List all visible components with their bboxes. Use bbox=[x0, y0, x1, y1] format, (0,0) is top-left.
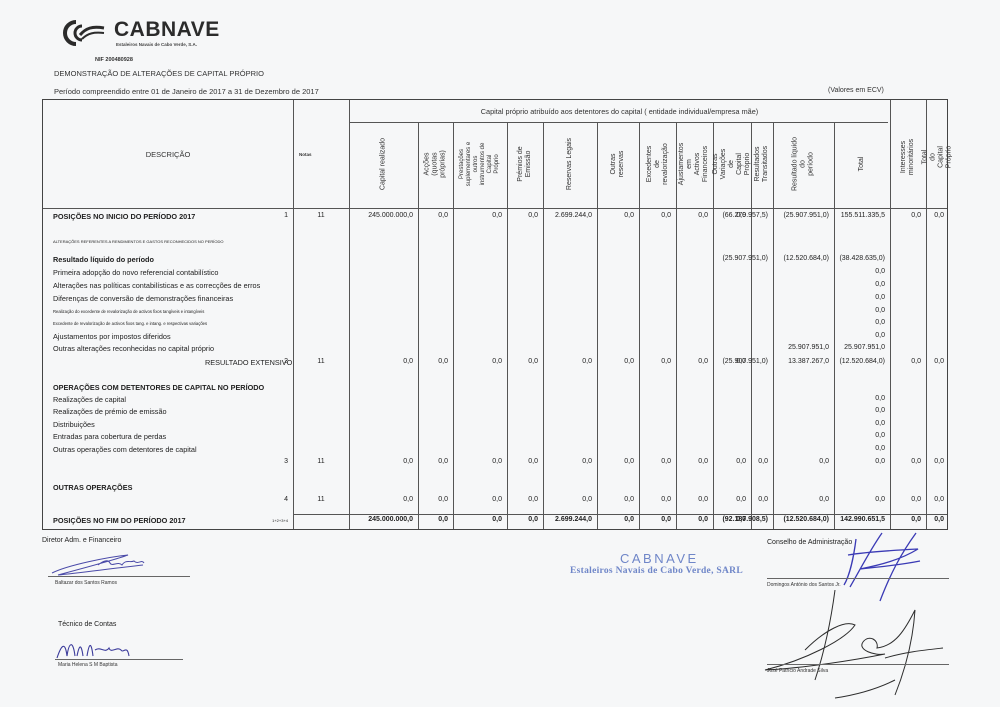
director-name: Baltazar dos Santos Ramos bbox=[55, 580, 117, 586]
table-cell: 25.907.951,0 bbox=[788, 344, 829, 351]
table-cell: 0,0 bbox=[661, 358, 671, 365]
row-label: Outras alterações reconhecidas no capita… bbox=[53, 344, 214, 353]
accountant-title: Técnico de Contas bbox=[58, 621, 116, 628]
row-label: POSIÇÕES NO FIM DO PERÍODO 2017 bbox=[53, 516, 186, 525]
table-cell: 0,0 bbox=[582, 358, 592, 365]
director-title: Diretor Adm. e Financeiro bbox=[42, 537, 121, 544]
table-cell: 0,0 bbox=[934, 458, 944, 465]
table-cell: 0,0 bbox=[582, 458, 592, 465]
row-reference: 4 bbox=[284, 496, 288, 503]
table-cell: 0,0 bbox=[875, 395, 885, 402]
table-cell: 0,0 bbox=[492, 358, 502, 365]
table-cell: 2.699.244,0 bbox=[555, 516, 592, 523]
column-header: Prémios de Emissão bbox=[507, 122, 543, 206]
company-stamp-name: CABNAVE bbox=[620, 551, 699, 566]
table-cell: 0,0 bbox=[875, 268, 885, 275]
row-note: 11 bbox=[293, 458, 349, 465]
row-label: Alterações nas políticas contabilísticas… bbox=[53, 281, 260, 290]
table-cell: 142.990.651,5 bbox=[840, 516, 885, 523]
table-cell: 0,0 bbox=[875, 445, 885, 452]
table-cell: 0,0 bbox=[624, 458, 634, 465]
column-header-label: Prestações suplementares e outros instru… bbox=[459, 137, 501, 191]
group-header: Capital próprio atribuído aos detentores… bbox=[349, 107, 890, 116]
table-cell: 0,0 bbox=[911, 458, 921, 465]
row-note: 11 bbox=[293, 358, 349, 365]
table-cell: 0,0 bbox=[661, 458, 671, 465]
table-cell: 0,0 bbox=[492, 212, 502, 219]
row-label: Entradas para cobertura de perdas bbox=[53, 432, 166, 441]
table-cell: 0,0 bbox=[875, 432, 885, 439]
table-cell: 25.907.951,0 bbox=[844, 344, 885, 351]
table-cell: 0,0 bbox=[661, 496, 671, 503]
table-cell: 0,0 bbox=[819, 458, 829, 465]
column-header-label: Total do Capital Próprio bbox=[922, 146, 954, 169]
row-label: Outras operações com detentores de capit… bbox=[53, 445, 197, 454]
table-cell: 0,0 bbox=[875, 332, 885, 339]
table-cell: 0,0 bbox=[528, 496, 538, 503]
column-header-label: Prémios de Emissão bbox=[517, 146, 533, 182]
table-cell: 0,0 bbox=[875, 294, 885, 301]
table-cell: 0,0 bbox=[403, 358, 413, 365]
company-logo: CABNAVE Estaleiros Navais de Cabo Verde,… bbox=[62, 18, 222, 48]
row-reference: 2 bbox=[284, 358, 288, 365]
table-cell: (66.279.957,5) bbox=[722, 212, 768, 219]
table-cell: 0,0 bbox=[492, 516, 502, 523]
table-cell: 0,0 bbox=[819, 496, 829, 503]
notes-header: Notas bbox=[299, 152, 312, 157]
table-cell: 0,0 bbox=[492, 458, 502, 465]
row-label: Diferenças de conversão de demonstrações… bbox=[53, 294, 233, 303]
table-cell: 0,0 bbox=[624, 212, 634, 219]
row-note: 11 bbox=[293, 496, 349, 503]
row-label: Primeira adopção do novo referencial con… bbox=[53, 268, 219, 277]
table-cell: 0,0 bbox=[624, 358, 634, 365]
column-header-label: Reservas Legais bbox=[566, 137, 574, 191]
table-cell: 0,0 bbox=[875, 407, 885, 414]
table-cell: 0,0 bbox=[934, 516, 944, 523]
company-name: CABNAVE bbox=[114, 18, 220, 42]
accountant-signature-line bbox=[55, 659, 183, 660]
table-cell: 0,0 bbox=[492, 496, 502, 503]
table-cell: 0,0 bbox=[934, 358, 944, 365]
column-header-label: Ajustamentos em Activos Financeiros bbox=[679, 143, 711, 185]
table-cell: 0,0 bbox=[698, 516, 708, 523]
row-label: Ajustamentos por impostos diferidos bbox=[53, 332, 171, 341]
table-cell: 0,0 bbox=[875, 496, 885, 503]
director-signature-line bbox=[48, 576, 190, 577]
row-reference: 3 bbox=[284, 458, 288, 465]
table-cell: 13.387.267,0 bbox=[788, 358, 829, 365]
company-nif: NIF 200480928 bbox=[95, 57, 133, 63]
column-header-label: Excedentes de revalorização bbox=[646, 143, 670, 185]
table-cell: (92.187.908,5) bbox=[722, 516, 768, 523]
row-label: Resultado líquido do período bbox=[53, 255, 154, 264]
table-cell: 0,0 bbox=[875, 458, 885, 465]
board-signature-2 bbox=[745, 590, 945, 700]
table-cell: 0,0 bbox=[758, 496, 768, 503]
table-cell: 0,0 bbox=[438, 516, 448, 523]
column-header: Acções (quotas próprias) bbox=[418, 122, 453, 206]
table-cell: 0,0 bbox=[911, 358, 921, 365]
table-cell: 0,0 bbox=[624, 496, 634, 503]
column-header-label: Capital realizado bbox=[380, 130, 388, 199]
table-cell: 0,0 bbox=[875, 307, 885, 314]
row-label: Realizações de prémio de emissão bbox=[53, 407, 167, 416]
row-label: OUTRAS OPERAÇÕES bbox=[53, 483, 132, 492]
table-cell: 0,0 bbox=[736, 458, 746, 465]
table-cell: 0,0 bbox=[736, 496, 746, 503]
table-cell: (25.907.951,0) bbox=[722, 255, 768, 262]
row-reference: 1+2+3+4 bbox=[272, 518, 288, 523]
table-cell: (25.907.951,0) bbox=[783, 212, 829, 219]
table-cell: 155.511.335,5 bbox=[841, 212, 885, 219]
table-cell: (12.520.684,0) bbox=[839, 358, 885, 365]
column-header: Reservas Legais bbox=[543, 122, 597, 206]
board-signature-line-1 bbox=[767, 578, 949, 579]
table-cell: 0,0 bbox=[875, 281, 885, 288]
table-cell: 0,0 bbox=[934, 212, 944, 219]
table-cell: 0,0 bbox=[528, 516, 538, 523]
director-signature bbox=[48, 551, 158, 577]
accountant-name: Maria Helena S M Baptista bbox=[58, 662, 117, 668]
table-cell: 0,0 bbox=[911, 516, 921, 523]
values-unit: (Valores em ECV) bbox=[828, 87, 884, 94]
column-header-label: Resultado líquido do período bbox=[792, 134, 816, 195]
row-label: POSIÇÕES NO INICIO DO PERÍODO 2017 bbox=[53, 212, 195, 221]
column-header-label: Outras reservas bbox=[610, 143, 626, 185]
row-label: Distribuições bbox=[53, 420, 95, 429]
column-header: Total do Capital Próprio bbox=[926, 108, 949, 206]
equity-changes-table: DESCRIÇÃO Notas Capital próprio atribuíd… bbox=[42, 99, 948, 530]
row-label: Excedente de revalorização de activos fi… bbox=[53, 321, 207, 326]
table-cell: 0,0 bbox=[528, 358, 538, 365]
table-cell: 0,0 bbox=[758, 458, 768, 465]
table-cell: (25.907.951,0) bbox=[722, 358, 768, 365]
table-cell: 0,0 bbox=[624, 516, 634, 523]
column-header: Total bbox=[834, 122, 890, 206]
column-header: Resultado líquido do período bbox=[773, 122, 834, 206]
company-subtitle: Estaleiros Navais de Cabo Verde, S.A. bbox=[116, 42, 197, 47]
document-period: Período compreendido entre 01 de Janeiro… bbox=[54, 87, 319, 96]
row-label: RESULTADO EXTENSIVO bbox=[205, 358, 292, 367]
row-reference: 1 bbox=[284, 212, 288, 219]
table-cell: 0,0 bbox=[528, 458, 538, 465]
row-label: Realizações de capital bbox=[53, 395, 126, 404]
table-cell: 245.000.000,0 bbox=[368, 516, 413, 523]
table-cell: 0,0 bbox=[911, 212, 921, 219]
table-cell: (38.428.635,0) bbox=[839, 255, 885, 262]
company-stamp-subtitle: Estaleiros Navais de Cabo Verde, SARL bbox=[570, 566, 743, 576]
column-header-label: Outras Variações de Capital Próprio bbox=[712, 145, 752, 183]
accountant-signature bbox=[55, 636, 135, 660]
row-label: ALTERAÇÕES REFERENTES A RENDIMENTOS E GA… bbox=[53, 239, 223, 244]
table-cell: 0,0 bbox=[403, 496, 413, 503]
table-cell: 0,0 bbox=[438, 458, 448, 465]
column-header-label: Interesses minoritários bbox=[900, 139, 916, 175]
table-cell: 0,0 bbox=[661, 212, 671, 219]
table-cell: 245.000.000,0 bbox=[368, 212, 413, 219]
table-cell: (12.520.684,0) bbox=[783, 516, 829, 523]
column-header: Ajustamentos em Activos Financeiros bbox=[676, 122, 713, 206]
description-header: DESCRIÇÃO bbox=[43, 150, 293, 159]
table-cell: 0,0 bbox=[528, 212, 538, 219]
row-note: 11 bbox=[293, 212, 349, 219]
column-header: Outras reservas bbox=[597, 122, 639, 206]
table-cell: (12.520.684,0) bbox=[783, 255, 829, 262]
document-title: DEMONSTRAÇÃO DE ALTERAÇÕES DE CAPITAL PR… bbox=[54, 69, 264, 78]
table-cell: 0,0 bbox=[582, 496, 592, 503]
board-member-2-name: José Patrício Andrade Silva bbox=[767, 668, 828, 674]
column-header: Excedentes de revalorização bbox=[639, 122, 676, 206]
board-signature-line-2 bbox=[767, 664, 949, 665]
row-divider bbox=[293, 514, 947, 515]
table-cell: 0,0 bbox=[911, 496, 921, 503]
column-header: Capital realizado bbox=[349, 122, 418, 206]
column-header: Resultados Transitados bbox=[751, 122, 773, 206]
table-cell: 0,0 bbox=[438, 358, 448, 365]
row-divider bbox=[43, 208, 947, 209]
column-header-label: Total bbox=[858, 136, 866, 192]
cabnave-logo-icon bbox=[62, 20, 106, 46]
table-cell: 0,0 bbox=[698, 458, 708, 465]
table-cell: 0,0 bbox=[403, 458, 413, 465]
table-cell: 0,0 bbox=[698, 358, 708, 365]
table-cell: 0,0 bbox=[438, 496, 448, 503]
column-header: Outras Variações de Capital Próprio bbox=[713, 122, 751, 206]
table-cell: 0,0 bbox=[698, 212, 708, 219]
table-cell: 0,0 bbox=[875, 319, 885, 326]
row-label: Realização do excedente de revalorização… bbox=[53, 309, 204, 314]
column-header-label: Resultados Transitados bbox=[754, 146, 770, 182]
table-cell: 0,0 bbox=[934, 496, 944, 503]
table-cell: 0,0 bbox=[698, 496, 708, 503]
table-cell: 0,0 bbox=[875, 420, 885, 427]
column-header: Prestações suplementares e outros instru… bbox=[453, 122, 507, 206]
table-cell: 0,0 bbox=[661, 516, 671, 523]
board-member-1-name: Domingos António dos Santos Jr. bbox=[767, 582, 841, 588]
table-cell: 0,0 bbox=[438, 212, 448, 219]
row-label: OPERAÇÕES COM DETENTORES DE CAPITAL NO P… bbox=[53, 383, 264, 392]
table-cell: 2.699.244,0 bbox=[555, 212, 592, 219]
column-header-label: Acções (quotas próprias) bbox=[424, 147, 448, 182]
